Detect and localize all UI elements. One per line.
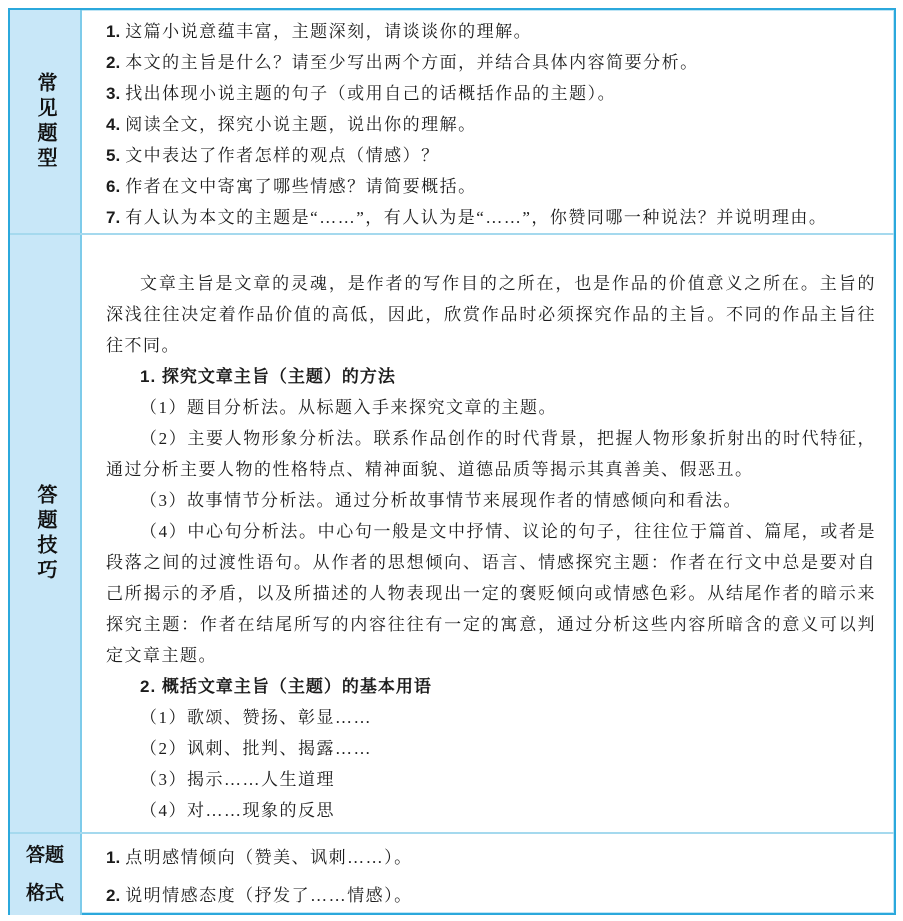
phrases-heading: 2. 概括文章主旨（主题）的基本用语 xyxy=(106,671,876,702)
row-techniques: 答题技巧 文章主旨是文章的灵魂，是作者的写作目的之所在，也是作品的价值意义之所在… xyxy=(10,233,894,832)
item-text: 文中表达了作者怎样的观点（情感）？ xyxy=(125,146,440,165)
phrase-item: （4）对……现象的反思 xyxy=(106,795,876,826)
label-cell-question-types: 常见题型 xyxy=(10,10,82,233)
label-line-1: 答题 xyxy=(26,837,64,875)
item-number: 2. xyxy=(106,53,120,72)
question-item: 5.文中表达了作者怎样的观点（情感）？ xyxy=(106,140,876,171)
item-number: 1. xyxy=(106,22,120,41)
format-item: 1.点明感情倾向（赞美、讽刺……）。 xyxy=(106,839,876,877)
item-number: 6. xyxy=(106,177,120,196)
label-cell-answer-format: 答题 格式 xyxy=(10,834,82,915)
item-text: 本文的主旨是什么？请至少写出两个方面，并结合具体内容简要分析。 xyxy=(125,53,699,72)
method-paragraph: （2）主要人物形象分析法。联系作品创作的时代背景，把握人物形象折射出的时代特征，… xyxy=(106,423,876,485)
item-text: 阅读全文，探究小说主题，说出你的理解。 xyxy=(125,115,477,134)
format-item: 2.说明情感态度（抒发了……情感）。 xyxy=(106,877,876,915)
method-paragraph: （4）中心句分析法。中心句一般是文中抒情、议论的句子，往往位于篇首、篇尾，或者是… xyxy=(106,516,876,671)
techniques-intro-paragraph: 文章主旨是文章的灵魂，是作者的写作目的之所在，也是作品的价值意义之所在。主旨的深… xyxy=(106,268,876,361)
item-text: 说明情感态度（抒发了……情感）。 xyxy=(125,886,413,905)
method-paragraph: （1）题目分析法。从标题入手来探究文章的主题。 xyxy=(106,392,876,423)
question-item: 3.找出体现小说主题的句子（或用自己的话概括作品的主题）。 xyxy=(106,78,876,109)
question-types-content: 1.这篇小说意蕴丰富，主题深刻，请谈谈你的理解。 2.本文的主旨是什么？请至少写… xyxy=(82,10,894,233)
item-text: 点明感情倾向（赞美、讽刺……）。 xyxy=(125,848,413,867)
row-label-answer-format: 答题 格式 xyxy=(26,837,64,913)
methods-heading: 1. 探究文章主旨（主题）的方法 xyxy=(106,361,876,392)
label-cell-techniques: 答题技巧 xyxy=(10,235,82,832)
techniques-content: 文章主旨是文章的灵魂，是作者的写作目的之所在，也是作品的价值意义之所在。主旨的深… xyxy=(82,235,894,832)
item-text: 找出体现小说主题的句子（或用自己的话概括作品的主题）。 xyxy=(125,84,616,103)
row-label-techniques: 答题技巧 xyxy=(35,484,55,584)
phrase-item: （1）歌颂、赞扬、彰显…… xyxy=(106,702,876,733)
row-label-question-types: 常见题型 xyxy=(35,72,55,172)
answer-format-content: 1.点明感情倾向（赞美、讽刺……）。 2.说明情感态度（抒发了……情感）。 xyxy=(82,834,894,915)
item-number: 7. xyxy=(106,208,120,227)
question-item: 7.有人认为本文的主题是“……”，有人认为是“……”，你赞同哪一种说法？并说明理… xyxy=(106,202,876,233)
item-text: 作者在文中寄寓了哪些情感？请简要概括。 xyxy=(125,177,477,196)
item-text: 有人认为本文的主题是“……”，有人认为是“……”，你赞同哪一种说法？并说明理由。 xyxy=(125,208,827,227)
item-number: 4. xyxy=(106,115,120,134)
phrase-item: （2）讽刺、批判、揭露…… xyxy=(106,733,876,764)
item-number: 5. xyxy=(106,146,120,165)
method-paragraph: （3）故事情节分析法。通过分析故事情节来展现作者的情感倾向和看法。 xyxy=(106,485,876,516)
item-text: 这篇小说意蕴丰富，主题深刻，请谈谈你的理解。 xyxy=(125,22,532,41)
row-question-types: 常见题型 1.这篇小说意蕴丰富，主题深刻，请谈谈你的理解。 2.本文的主旨是什么… xyxy=(10,10,894,233)
question-item: 1.这篇小说意蕴丰富，主题深刻，请谈谈你的理解。 xyxy=(106,16,876,47)
study-notes-table: 常见题型 1.这篇小说意蕴丰富，主题深刻，请谈谈你的理解。 2.本文的主旨是什么… xyxy=(8,8,896,915)
item-number: 3. xyxy=(106,84,120,103)
item-number: 1. xyxy=(106,848,120,867)
item-number: 2. xyxy=(106,886,120,905)
row-answer-format: 答题 格式 1.点明感情倾向（赞美、讽刺……）。 2.说明情感态度（抒发了……情… xyxy=(10,832,894,915)
phrase-item: （3）揭示……人生道理 xyxy=(106,764,876,795)
question-item: 2.本文的主旨是什么？请至少写出两个方面，并结合具体内容简要分析。 xyxy=(106,47,876,78)
question-item: 6.作者在文中寄寓了哪些情感？请简要概括。 xyxy=(106,171,876,202)
question-item: 4.阅读全文，探究小说主题，说出你的理解。 xyxy=(106,109,876,140)
label-line-2: 格式 xyxy=(26,875,64,913)
